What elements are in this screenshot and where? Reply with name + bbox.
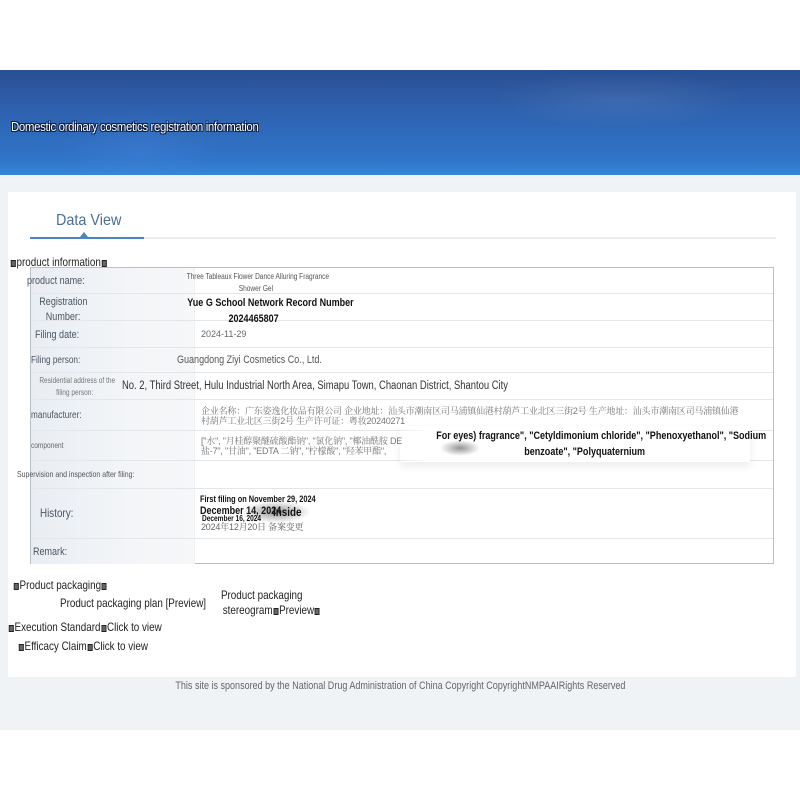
efficacy-claim-view-link[interactable]: Click to view [93, 639, 148, 653]
bracket-open-icon [19, 644, 24, 651]
row-residential-address: Residential address of the filing person… [31, 373, 773, 400]
label-history: History: [40, 506, 81, 520]
packaging-stereogram-preview-link[interactable]: Product packaging stereogramPreview [212, 588, 312, 618]
history-entry: Inside [273, 505, 308, 519]
label-manufacturer: manufacturer: [31, 410, 93, 421]
footer-copyright: This site is sponsored by the National D… [0, 680, 800, 692]
section-product-packaging: Product packaging [13, 578, 128, 592]
bracket-open-icon [14, 583, 19, 590]
efficacy-claim-label: Efficacy Claim [25, 639, 87, 653]
value-filing-date: 2024-11-29 [201, 329, 246, 339]
label-component: component [31, 441, 71, 450]
label-residential-address: Residential address of the filing person… [31, 375, 119, 399]
row-filing-person: Filing person: Guangdong Ziyi Cosmetics … [31, 348, 773, 373]
tab-data-view[interactable]: Data View [56, 212, 121, 230]
label-remark: Remark: [33, 546, 75, 558]
tab-caret-icon [80, 232, 88, 237]
row-registration-number: Registration Number: Yue G School Networ… [31, 294, 773, 321]
tab-active-indicator [30, 237, 144, 239]
efficacy-claim-row: Efficacy ClaimClick to view [18, 639, 176, 653]
product-info-table: product name: Three Tableaux Flower Danc… [30, 267, 774, 564]
value-filing-person: Guangdong Ziyi Cosmetics Co., Ltd. [177, 354, 354, 366]
row-history: History: First filing on November 29, 20… [31, 489, 773, 539]
value-manufacturer: 企业名称：广东姿逸化妆品有限公司 企业地址：汕头市潮南区司马浦镇仙港村葫芦工业北… [201, 406, 771, 426]
bracket-open-icon [9, 625, 14, 632]
bracket-open-icon [273, 608, 278, 615]
execution-standard-label: Execution Standard [15, 620, 101, 634]
page-title: Domestic ordinary cosmetics registration… [11, 119, 258, 134]
execution-standard-view-link[interactable]: Click to view [107, 620, 162, 634]
bracket-close-icon [102, 260, 107, 267]
label-filing-person: Filing person: [31, 355, 91, 366]
row-product-name: product name: Three Tableaux Flower Danc… [31, 268, 773, 294]
row-remark: Remark: [31, 539, 773, 564]
bracket-close-icon [101, 625, 106, 632]
row-filing-date: Filing date: 2024-11-29 [31, 321, 773, 348]
header-banner: Domestic ordinary cosmetics registration… [0, 70, 800, 175]
value-component-translation: For eyes) fragrance", "Cetyldimonium chl… [400, 428, 770, 460]
value-residential-address: No. 2, Third Street, Hulu Industrial Nor… [122, 380, 593, 392]
bracket-close-icon [88, 644, 93, 651]
bracket-close-icon [102, 583, 107, 590]
label-filing-date: Filing date: [35, 329, 89, 341]
bracket-close-icon [315, 608, 320, 615]
value-product-name: Three Tableaux Flower Dance Alluring Fra… [171, 271, 341, 295]
bracket-open-icon [11, 260, 16, 267]
execution-standard-row: Execution StandardClick to view [8, 620, 195, 634]
history-entry: 2024年12月20日 备案变更 [201, 522, 303, 532]
value-component: ["水", "月桂醇聚醚硫酸酯钠", "氯化钠", "椰油酰胺 DE 盐-7",… [201, 436, 431, 456]
label-supervision: Supervision and inspection after filing: [17, 469, 160, 479]
label-product-name: product name: [27, 275, 97, 287]
